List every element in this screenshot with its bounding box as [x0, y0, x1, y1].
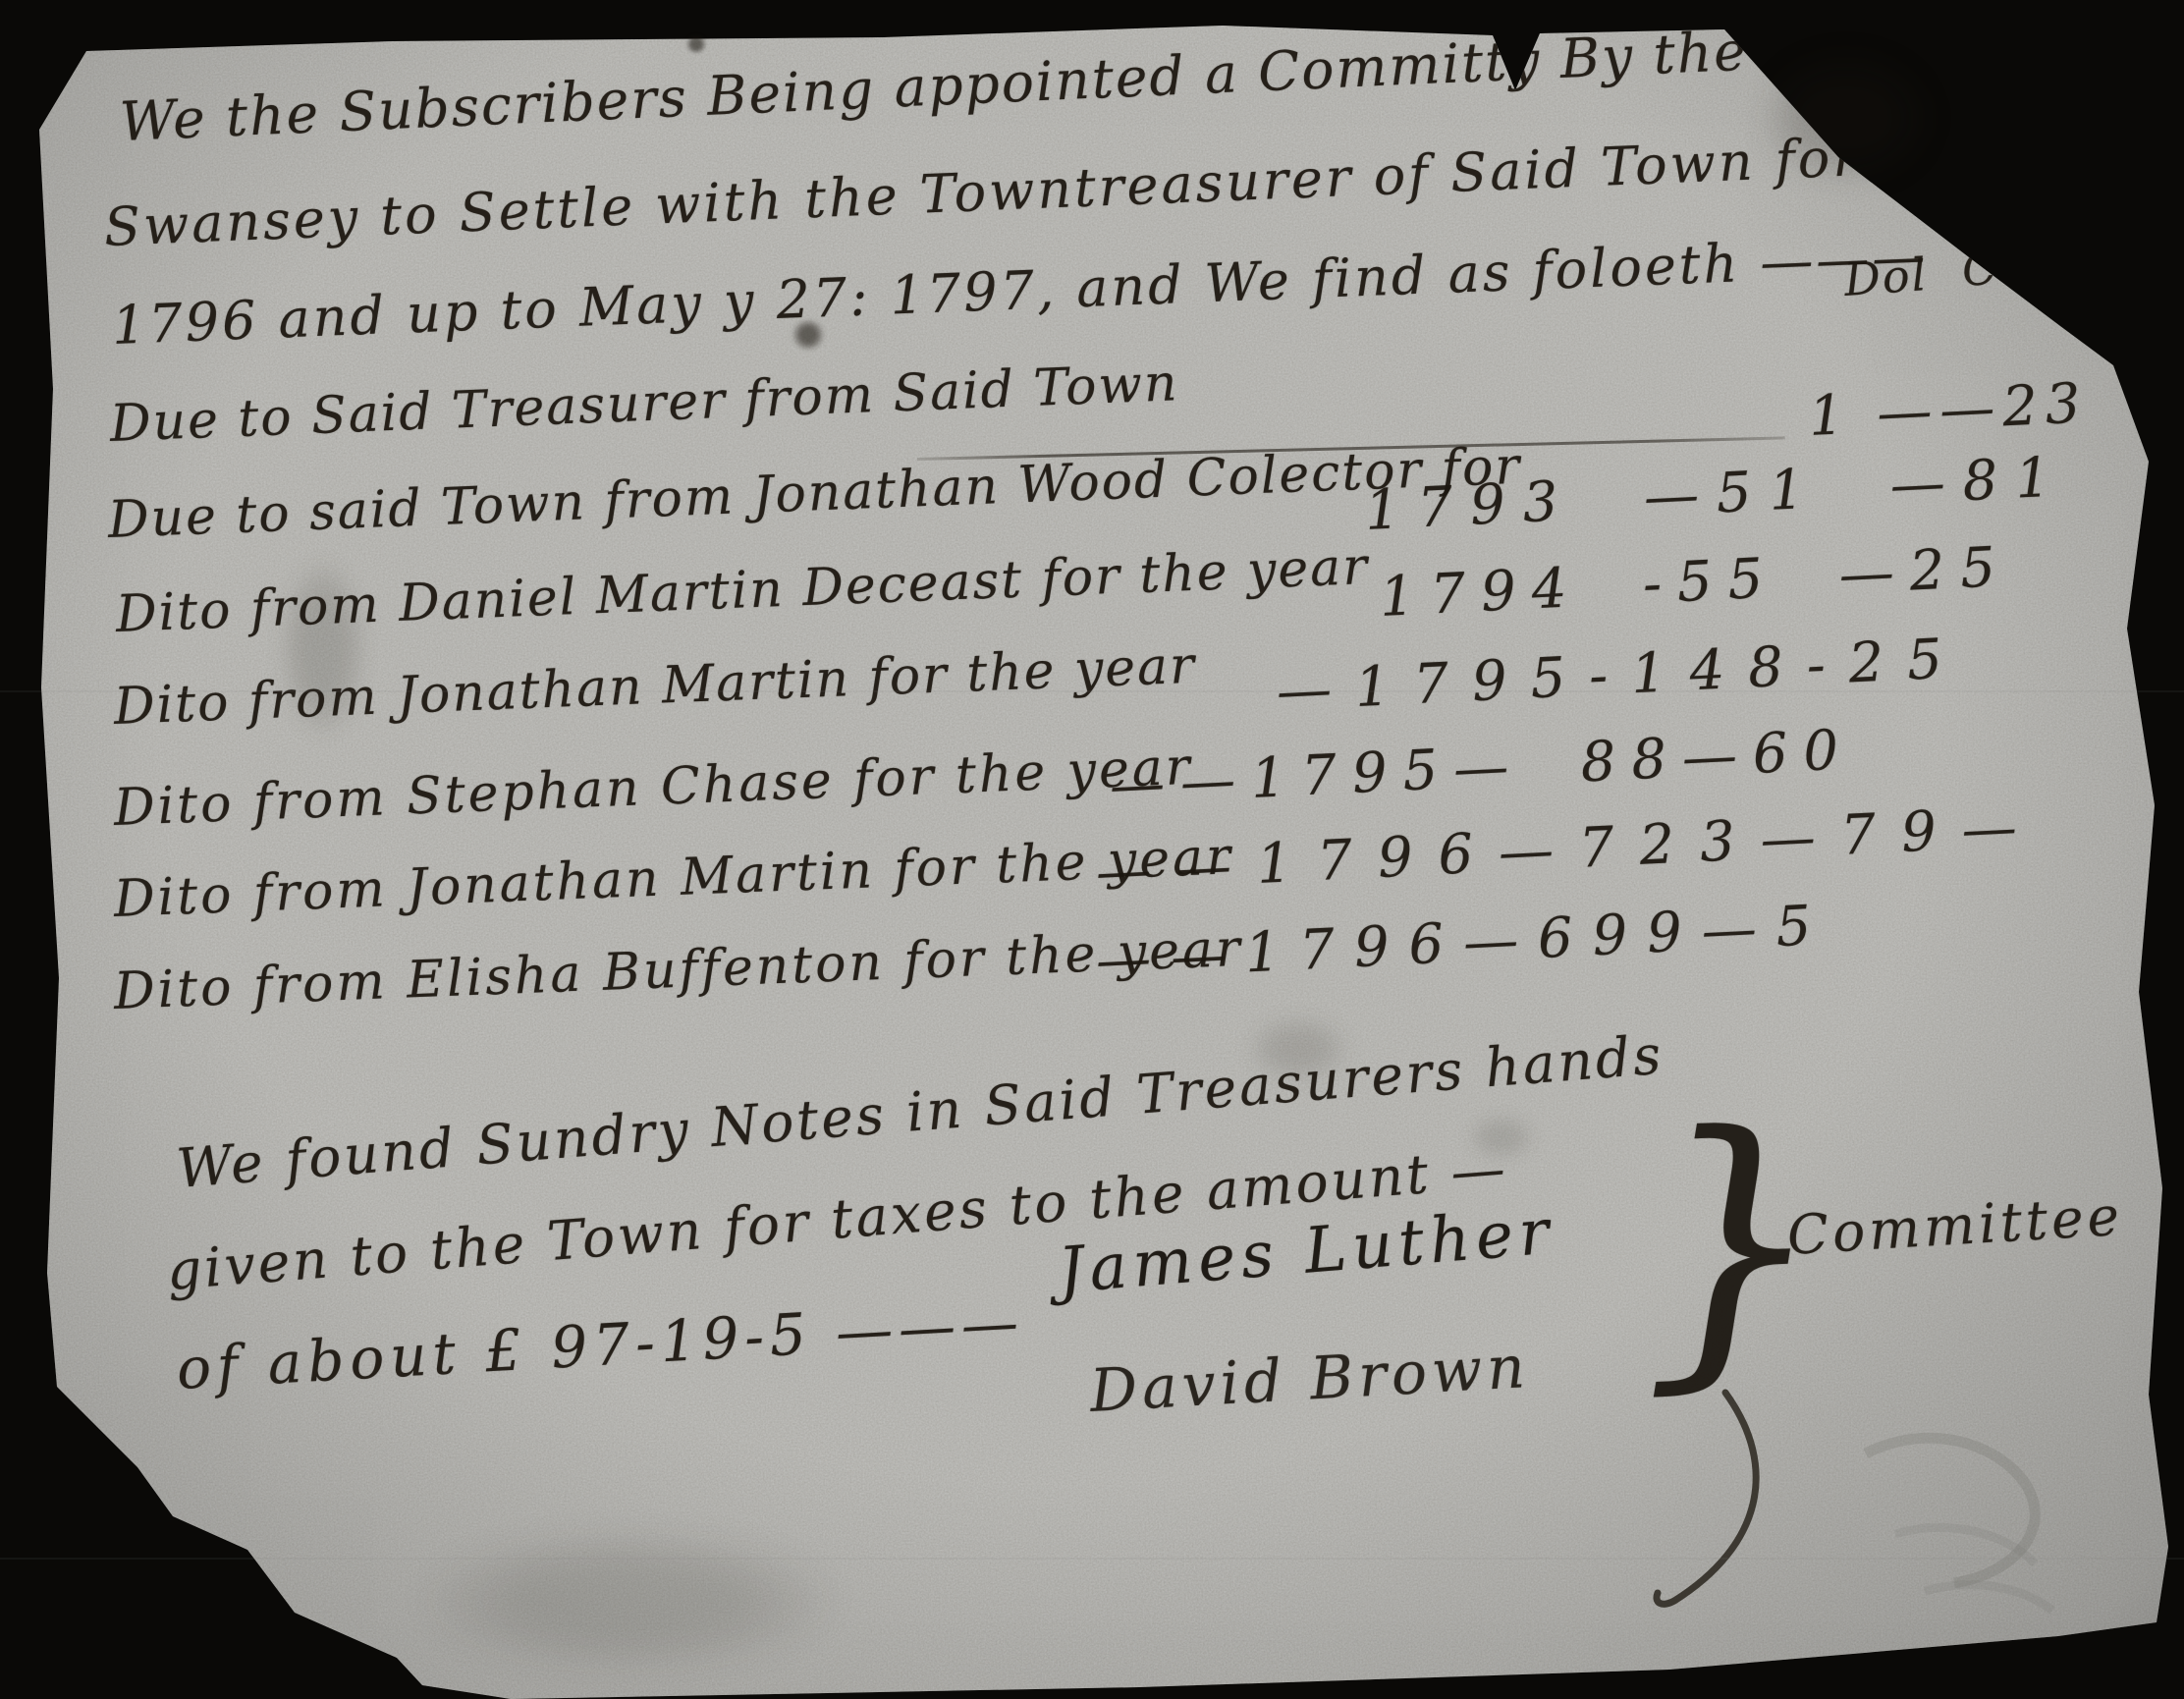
ledger-entry-desc: Dito from Jonathan Martin for the year — [113, 636, 1197, 737]
signature-david-brown: David Brown — [1088, 1333, 1532, 1426]
ledger-entry-desc: Due to Said Treasurer from Said Town — [109, 354, 1180, 454]
ledger-entry-desc: Due to said Town from Jonathan Wood Cole… — [107, 437, 1522, 550]
ledger-entry-desc: Dito from Stephan Chase for the year — [113, 738, 1194, 838]
committee-label: Committee — [1785, 1184, 2125, 1267]
column-header-dollars: Dol — [1842, 247, 1930, 306]
ledger-entry-value: 1 ——23 — [1807, 371, 2090, 449]
ledger-entry-value: ——1795— 88—60 — [1108, 718, 1855, 818]
ledger-entry-desc: Dito from Jonathan Martin for the year — [113, 827, 1234, 929]
scanned-document-page: We the Subscribers Being appointed a Com… — [0, 0, 2184, 1699]
ledger-entry-value: ——1796—699—5 — [1094, 893, 1831, 993]
ledger-entry-desc: Dito from Daniel Martin Deceast for the … — [115, 537, 1370, 644]
ledger-entry-desc: Dito from Elisha Buffenton for the year — [113, 919, 1244, 1021]
amount-line: of about £ 97-19-5 ——— — [175, 1288, 1025, 1402]
ledger-entry-value: 1794 -55 —25 — [1378, 535, 2012, 630]
handwriting-layer: We the Subscribers Being appointed a Com… — [0, 0, 2184, 1699]
ledger-entry-value: —1795-148-25 — [1275, 627, 1967, 724]
